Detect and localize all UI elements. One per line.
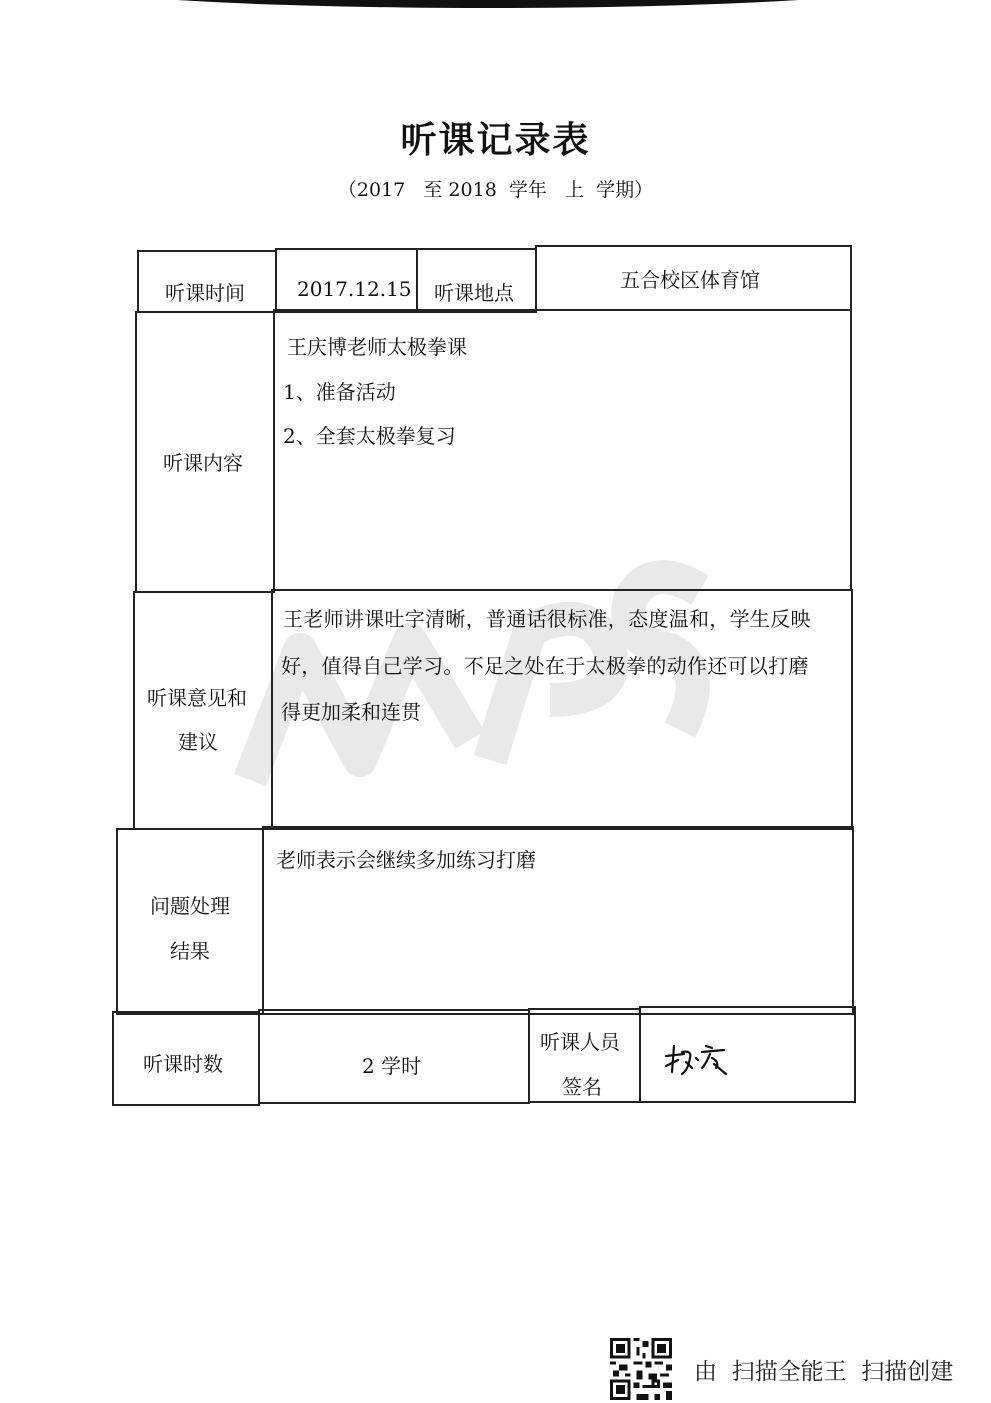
hours-value: 2 学时 [362, 1050, 421, 1079]
opinion-line-1: 王老师讲课吐字清晰，普通话很标准，态度温和，学生反映 [283, 603, 811, 632]
scanner-footer: 由 扫描全能王 扫描创建 [610, 1338, 953, 1400]
document-title: 听课记录表 [0, 112, 991, 163]
opinion-line-3: 得更加柔和连贯 [281, 696, 421, 725]
time-value: 2017.12.15 [297, 277, 412, 301]
content-line-1: 王庆博老师太极拳课 [287, 331, 467, 360]
result-label-line1: 问题处理 [150, 890, 230, 919]
time-label: 听课时间 [165, 277, 245, 306]
signer-label-line2: 签名 [562, 1071, 602, 1100]
content-label: 听课内容 [163, 447, 243, 476]
place-value: 五合校区体育馆 [620, 264, 760, 293]
qr-code-icon [610, 1338, 672, 1400]
opinion-label-line2: 建议 [178, 726, 218, 755]
scanner-footer-text: 由 扫描全能王 扫描创建 [694, 1353, 953, 1386]
signer-label-line1: 听课人员 [540, 1026, 620, 1055]
hours-label: 听课时数 [143, 1048, 223, 1077]
result-label-cell [116, 828, 264, 1015]
place-label: 听课地点 [434, 277, 514, 306]
document-subtitle: （2017 至 2018 学年 上 学期） [0, 175, 991, 202]
result-label-line2: 结果 [170, 935, 210, 964]
result-line-1: 老师表示会继续多加练习打磨 [276, 844, 536, 873]
scan-edge-shadow [58, 0, 918, 8]
opinion-label-line1: 听课意见和 [147, 682, 247, 711]
opinion-line-2: 好，值得自己学习。不足之处在于太极拳的动作还可以打磨 [281, 650, 809, 679]
content-line-3: 2、全套太极拳复习 [283, 420, 456, 449]
handwritten-signature-icon [662, 1038, 742, 1078]
content-line-2: 1、准备活动 [283, 376, 396, 405]
